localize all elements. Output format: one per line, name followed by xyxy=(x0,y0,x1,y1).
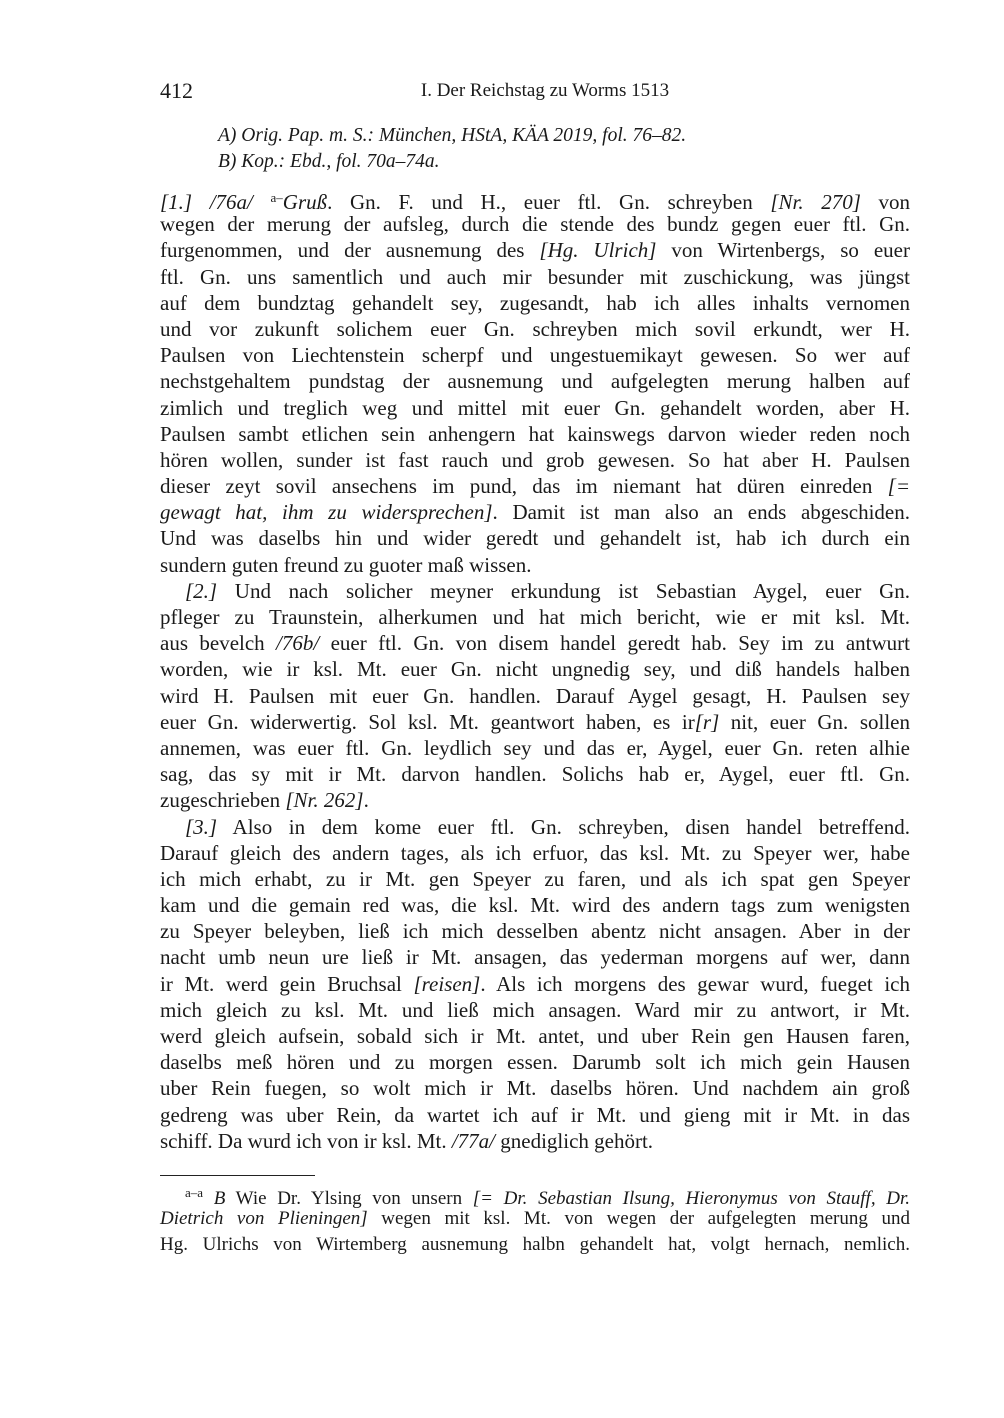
text-run: annemen, was euer ftl. Gn. leydlich sey … xyxy=(160,736,910,760)
body-line: sag, das sy mit ir Mt. darvon handlen. S… xyxy=(160,761,910,787)
footnote-line: Hg. Ulrichs von Wirtemberg ausnemung hal… xyxy=(160,1232,910,1258)
source-a: A) Orig. Pap. m. S.: München, HStA, KÄA … xyxy=(218,123,686,149)
editorial-italic: [3.] xyxy=(185,815,217,839)
text-run: von Wirtenbergs, so euer xyxy=(656,238,910,262)
text-run: sundern guten freund zu guoter maß wisse… xyxy=(160,553,532,577)
body-line: furgenommen, und der ausnemung des [Hg. … xyxy=(160,237,910,263)
body-line: ftl. Gn. uns samentlich und auch mir bes… xyxy=(160,264,910,290)
body-line: uber Rein fuegen, so wolt mich ir Mt. da… xyxy=(160,1075,910,1101)
editorial-italic: [2.] xyxy=(185,579,217,603)
text-run: Paulsen von Liechtenstein scherpf und un… xyxy=(160,343,910,367)
running-title: I. Der Reichstag zu Worms 1513 xyxy=(160,80,910,102)
editorial-italic: [Hg. Ulrich] xyxy=(539,238,656,262)
text-run: furgenommen, und der ausnemung des xyxy=(160,238,539,262)
editorial-italic: [= xyxy=(888,474,910,498)
body-line: hören wollen, sunder ist fast rauch und … xyxy=(160,447,910,473)
text-run: ich mich erhabt, zu ir Mt. gen Speyer zu… xyxy=(160,867,910,891)
text-run: sag, das sy mit ir Mt. darvon handlen. S… xyxy=(160,762,910,786)
main-text: [1.] /76a/ a–Gruß. Gn. F. und H., euer f… xyxy=(160,185,910,1154)
body-line: Darauf gleich des andern tages, als ich … xyxy=(160,840,910,866)
body-line: auf dem bundztag gehandelt sey, zugesand… xyxy=(160,290,910,316)
body-line: wird H. Paulsen mit euer Gn. handlen. Da… xyxy=(160,683,910,709)
text-run: dieser zeyt sovil ansechens im pund, das… xyxy=(160,474,888,498)
body-line: daselbs meß hören und zu morgen essen. D… xyxy=(160,1049,910,1075)
text-run: ftl. Gn. uns samentlich und auch mir bes… xyxy=(160,265,910,289)
text-run: auf dem bundztag gehandelt sey, zugesand… xyxy=(160,291,910,315)
body-line: sundern guten freund zu guoter maß wisse… xyxy=(160,552,910,578)
body-line: nechstgehaltem pundstag der ausnemung un… xyxy=(160,368,910,394)
body-line: zu Speyer beleyben, ließ ich mich dessel… xyxy=(160,918,910,944)
text-run: euer Gn. widerwertig. Sol ksl. Mt. geant… xyxy=(160,710,695,734)
text-run: euer ftl. Gn. von disem handel geredt ha… xyxy=(319,631,910,655)
body-line: [1.] /76a/ a–Gruß. Gn. F. und H., euer f… xyxy=(160,185,910,211)
body-line: und vor zukunft solichem euer Gn. schrey… xyxy=(160,316,910,342)
footnote-line: Dietrich von Plieningen] wegen mit ksl. … xyxy=(160,1206,910,1232)
body-line: gewagt hat, ihm zu widersprechen]. Damit… xyxy=(160,499,910,525)
text-run: zimlich und treglich weg und mittel mit … xyxy=(160,396,910,420)
body-line: pfleger zu Traunstein, alherkumen und ha… xyxy=(160,604,910,630)
text-run: werd gleich aufsein, sobald sich ir Mt. … xyxy=(160,1024,910,1048)
body-line: mich gleich zu ksl. Mt. und ließ mich an… xyxy=(160,997,910,1023)
text-run: . Als ich morgens des gewar wurd, fueget… xyxy=(480,972,910,996)
footnote-line: a–a B Wie Dr. Ylsing von unsern [= Dr. S… xyxy=(160,1180,910,1206)
footnote-divider xyxy=(160,1175,315,1176)
body-line: dieser zeyt sovil ansechens im pund, das… xyxy=(160,473,910,499)
editorial-italic: [r] xyxy=(695,710,720,734)
text-run: aus bevelch xyxy=(160,631,276,655)
source-list: A) Orig. Pap. m. S.: München, HStA, KÄA … xyxy=(218,123,686,175)
footnote-marker: a–a xyxy=(185,1185,203,1200)
text-run: uber Rein fuegen, so wolt mich ir Mt. da… xyxy=(160,1076,910,1100)
body-line: wegen der merung der aufsleg, durch die … xyxy=(160,211,910,237)
body-line: [3.] Also in dem kome euer ftl. Gn. schr… xyxy=(160,814,910,840)
body-line: ich mich erhabt, zu ir Mt. gen Speyer zu… xyxy=(160,866,910,892)
text-run: wegen mit ksl. Mt. von wegen der aufgele… xyxy=(368,1208,910,1229)
text-run: daselbs meß hören und zu morgen essen. D… xyxy=(160,1050,910,1074)
text-run: Darauf gleich des andern tages, als ich … xyxy=(160,841,910,865)
text-run: zugeschrieben xyxy=(160,788,285,812)
text-run: wegen der merung der aufsleg, durch die … xyxy=(160,212,910,236)
editorial-italic: Dietrich von Plieningen] xyxy=(160,1208,368,1229)
text-run: kam und die gemain red was, die ksl. Mt.… xyxy=(160,893,910,917)
text-run: nit, euer Gn. sollen xyxy=(719,710,910,734)
text-run: . Damit ist man also an ends abgeschiden… xyxy=(493,500,910,524)
text-run: Hg. Ulrichs von Wirtemberg ausnemung hal… xyxy=(160,1234,910,1255)
text-run: pfleger zu Traunstein, alherkumen und ha… xyxy=(160,605,910,629)
body-line: schiff. Da wurd ich von ir ksl. Mt. /77a… xyxy=(160,1128,910,1154)
body-line: zimlich und treglich weg und mittel mit … xyxy=(160,395,910,421)
body-line: aus bevelch /76b/ euer ftl. Gn. von dise… xyxy=(160,630,910,656)
editorial-italic: /76b/ xyxy=(276,631,319,655)
text-run: Also in dem kome euer ftl. Gn. schreyben… xyxy=(217,815,910,839)
body-line: Paulsen von Liechtenstein scherpf und un… xyxy=(160,342,910,368)
text-run: wird H. Paulsen mit euer Gn. handlen. Da… xyxy=(160,684,910,708)
body-line: zugeschrieben [Nr. 262]. xyxy=(160,787,910,813)
text-run: schiff. Da wurd ich von ir ksl. Mt. xyxy=(160,1129,452,1153)
body-line: euer Gn. widerwertig. Sol ksl. Mt. geant… xyxy=(160,709,910,735)
text-run: Paulsen sambt etlichen sein anhengern ha… xyxy=(160,422,910,446)
footnotes: a–a B Wie Dr. Ylsing von unsern [= Dr. S… xyxy=(160,1180,910,1259)
editorial-italic: gewagt hat, ihm zu widersprechen] xyxy=(160,500,493,524)
body-line: [2.] Und nach solicher meyner erkundung … xyxy=(160,578,910,604)
body-line: annemen, was euer ftl. Gn. leydlich sey … xyxy=(160,735,910,761)
editorial-italic: [Nr. 262] xyxy=(285,788,363,812)
body-line: nacht umb neun ure ließ ir Mt. ansagen, … xyxy=(160,944,910,970)
source-b: B) Kop.: Ebd., fol. 70a–74a. xyxy=(218,149,686,175)
text-run: gedreng was uber Rein, da wartet ich auf… xyxy=(160,1103,910,1127)
body-line: werd gleich aufsein, sobald sich ir Mt. … xyxy=(160,1023,910,1049)
text-run: gnediglich gehört. xyxy=(495,1129,653,1153)
body-line: kam und die gemain red was, die ksl. Mt.… xyxy=(160,892,910,918)
text-run: nacht umb neun ure ließ ir Mt. ansagen, … xyxy=(160,945,910,969)
text-run: worden, wie ir ksl. Mt. euer Gn. nicht u… xyxy=(160,657,910,681)
text-run: Und nach solicher meyner erkundung ist S… xyxy=(217,579,910,603)
body-line: ir Mt. werd gein Bruchsal [reisen]. Als … xyxy=(160,971,910,997)
text-run: ir Mt. werd gein Bruchsal xyxy=(160,972,413,996)
editorial-italic: [reisen] xyxy=(413,972,480,996)
text-run: hören wollen, sunder ist fast rauch und … xyxy=(160,448,910,472)
text-run: . xyxy=(364,788,369,812)
text-run: mich gleich zu ksl. Mt. und ließ mich an… xyxy=(160,998,910,1022)
text-run: und vor zukunft solichem euer Gn. schrey… xyxy=(160,317,910,341)
text-run: zu Speyer beleyben, ließ ich mich dessel… xyxy=(160,919,910,943)
text-run: nechstgehaltem pundstag der ausnemung un… xyxy=(160,369,910,393)
footnote-marker: a– xyxy=(271,190,283,205)
editorial-italic: /77a/ xyxy=(452,1129,495,1153)
text-run: Und was daselbs hin und wider geredt und… xyxy=(160,526,910,550)
body-line: worden, wie ir ksl. Mt. euer Gn. nicht u… xyxy=(160,656,910,682)
page-header: 412 I. Der Reichstag zu Worms 1513 xyxy=(160,78,910,108)
body-line: Paulsen sambt etlichen sein anhengern ha… xyxy=(160,421,910,447)
body-line: gedreng was uber Rein, da wartet ich auf… xyxy=(160,1102,910,1128)
body-line: Und was daselbs hin und wider geredt und… xyxy=(160,525,910,551)
